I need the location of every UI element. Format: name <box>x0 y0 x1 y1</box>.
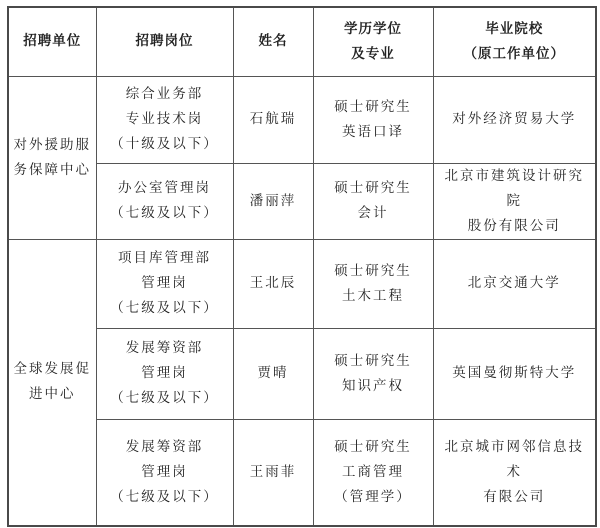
name-text: 石航瑞 <box>250 111 297 127</box>
degree-cell: 硕士研究生 土木工程 <box>313 239 433 328</box>
name-text: 王北辰 <box>250 275 297 291</box>
header-text: 招聘单位 <box>13 29 92 54</box>
header-text: 毕业院校 <box>438 17 592 42</box>
degree-text: 英语口译 <box>318 120 429 145</box>
name-text: 贾晴 <box>258 365 289 381</box>
header-school: 毕业院校 （原工作单位） <box>433 7 596 76</box>
degree-text: 硕士研究生 <box>318 349 429 374</box>
table-row: 发展筹资部 管理岗 （七级及以下） 王雨菲 硕士研究生 工商管理 （管理学） 北… <box>8 419 596 526</box>
degree-text: 硕士研究生 <box>318 176 429 201</box>
position-cell: 发展筹资部 管理岗 （七级及以下） <box>96 419 233 526</box>
position-text: 项目库管理部 <box>101 246 229 271</box>
school-text: 有限公司 <box>438 485 592 510</box>
position-text: 发展筹资部 <box>101 336 229 361</box>
degree-cell: 硕士研究生 工商管理 （管理学） <box>313 419 433 526</box>
degree-text: 会计 <box>318 201 429 226</box>
position-cell: 综合业务部 专业技术岗 （十级及以下） <box>96 76 233 163</box>
unit-cell: 全球发展促 进中心 <box>8 239 96 526</box>
position-text: 管理岗 <box>101 460 229 485</box>
position-text: 管理岗 <box>101 271 229 296</box>
header-degree: 学历学位 及专业 <box>313 7 433 76</box>
position-text: 管理岗 <box>101 361 229 386</box>
school-text: 对外经济贸易大学 <box>438 107 592 132</box>
degree-cell: 硕士研究生 知识产权 <box>313 328 433 419</box>
degree-text: 知识产权 <box>318 374 429 399</box>
position-text: （七级及以下） <box>101 386 229 411</box>
position-cell: 办公室管理岗 （七级及以下） <box>96 163 233 239</box>
recruitment-table: 招聘单位 招聘岗位 姓名 学历学位 及专业 毕业院校 （原工作单位） 对外援助服… <box>7 6 597 527</box>
school-text: 股份有限公司 <box>438 214 592 239</box>
table-header-row: 招聘单位 招聘岗位 姓名 学历学位 及专业 毕业院校 （原工作单位） <box>8 7 596 76</box>
table-row: 全球发展促 进中心 项目库管理部 管理岗 （七级及以下） 王北辰 硕士研究生 土… <box>8 239 596 328</box>
position-cell: 发展筹资部 管理岗 （七级及以下） <box>96 328 233 419</box>
position-text: （七级及以下） <box>101 201 229 226</box>
school-text: 北京市建筑设计研究院 <box>438 164 592 214</box>
degree-cell: 硕士研究生 会计 <box>313 163 433 239</box>
header-text: （原工作单位） <box>438 42 592 67</box>
header-unit: 招聘单位 <box>8 7 96 76</box>
degree-text: （管理学） <box>318 485 429 510</box>
degree-text: 土木工程 <box>318 284 429 309</box>
header-position: 招聘岗位 <box>96 7 233 76</box>
school-cell: 英国曼彻斯特大学 <box>433 328 596 419</box>
degree-text: 硕士研究生 <box>318 435 429 460</box>
name-cell: 王雨菲 <box>233 419 313 526</box>
header-name: 姓名 <box>233 7 313 76</box>
header-text: 姓名 <box>238 29 309 54</box>
name-text: 王雨菲 <box>250 464 297 480</box>
position-text: （七级及以下） <box>101 485 229 510</box>
school-text: 英国曼彻斯特大学 <box>438 361 592 386</box>
position-cell: 项目库管理部 管理岗 （七级及以下） <box>96 239 233 328</box>
position-text: 发展筹资部 <box>101 435 229 460</box>
name-cell: 王北辰 <box>233 239 313 328</box>
position-text: 专业技术岗 <box>101 107 229 132</box>
school-text: 北京交通大学 <box>438 271 592 296</box>
degree-cell: 硕士研究生 英语口译 <box>313 76 433 163</box>
position-text: 综合业务部 <box>101 82 229 107</box>
unit-text: 全球发展促 <box>13 357 92 382</box>
position-text: （十级及以下） <box>101 132 229 157</box>
position-text: （七级及以下） <box>101 296 229 321</box>
unit-text: 进中心 <box>13 382 92 407</box>
school-cell: 北京市建筑设计研究院 股份有限公司 <box>433 163 596 239</box>
header-text: 学历学位 <box>318 17 429 42</box>
header-text: 招聘岗位 <box>101 29 229 54</box>
table-row: 办公室管理岗 （七级及以下） 潘丽萍 硕士研究生 会计 北京市建筑设计研究院 股… <box>8 163 596 239</box>
school-text: 北京城市网邻信息技术 <box>438 435 592 485</box>
unit-text: 对外援助服 <box>13 133 92 158</box>
name-text: 潘丽萍 <box>250 193 297 209</box>
table-row: 对外援助服 务保障中心 综合业务部 专业技术岗 （十级及以下） 石航瑞 硕士研究… <box>8 76 596 163</box>
name-cell: 贾晴 <box>233 328 313 419</box>
school-cell: 北京交通大学 <box>433 239 596 328</box>
school-cell: 对外经济贸易大学 <box>433 76 596 163</box>
degree-text: 硕士研究生 <box>318 259 429 284</box>
table-row: 发展筹资部 管理岗 （七级及以下） 贾晴 硕士研究生 知识产权 英国曼彻斯特大学 <box>8 328 596 419</box>
name-cell: 潘丽萍 <box>233 163 313 239</box>
name-cell: 石航瑞 <box>233 76 313 163</box>
position-text: 办公室管理岗 <box>101 176 229 201</box>
degree-text: 工商管理 <box>318 460 429 485</box>
unit-text: 务保障中心 <box>13 158 92 183</box>
school-cell: 北京城市网邻信息技术 有限公司 <box>433 419 596 526</box>
unit-cell: 对外援助服 务保障中心 <box>8 76 96 239</box>
degree-text: 硕士研究生 <box>318 95 429 120</box>
header-text: 及专业 <box>318 42 429 67</box>
